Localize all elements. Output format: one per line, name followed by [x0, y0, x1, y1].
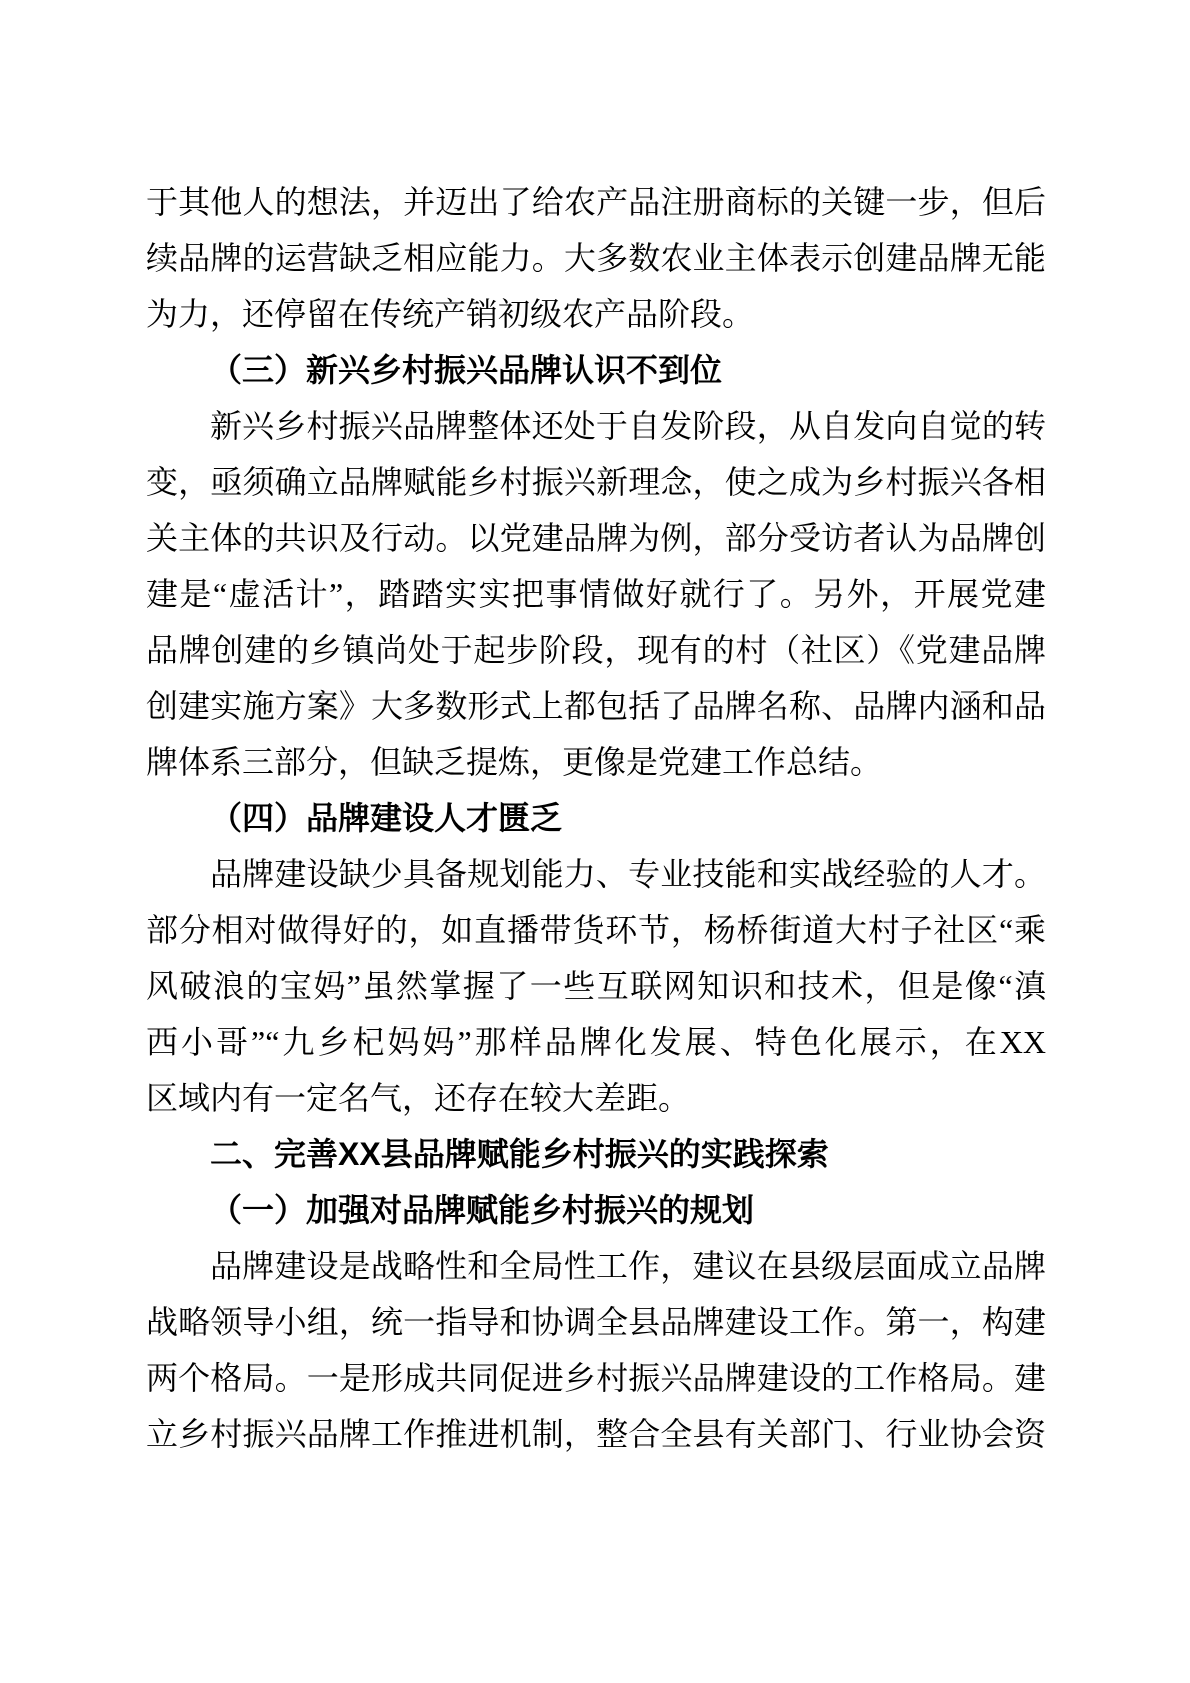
- text-line: 续品牌的运营缺乏相应能力。大多数农业主体表示创建品牌无能: [146, 230, 1046, 286]
- text-line: 品牌建设是战略性和全局性工作，建议在县级层面成立品牌: [146, 1238, 1046, 1294]
- text-line: 新兴乡村振兴品牌整体还处于自发阶段，从自发向自觉的转: [146, 398, 1046, 454]
- text-line: 牌体系三部分，但缺乏提炼，更像是党建工作总结。: [146, 734, 1046, 790]
- text-line: （一）加强对品牌赋能乡村振兴的规划: [146, 1182, 1046, 1238]
- text-line: 两个格局。一是形成共同促进乡村振兴品牌建设的工作格局。建: [146, 1350, 1046, 1406]
- text-line: （三）新兴乡村振兴品牌认识不到位: [146, 342, 1046, 398]
- document-page: 于其他人的想法，并迈出了给农产品注册商标的关键一步，但后续品牌的运营缺乏相应能力…: [0, 0, 1190, 1683]
- text-line: 于其他人的想法，并迈出了给农产品注册商标的关键一步，但后: [146, 174, 1046, 230]
- section-heading: 二、完善XX县品牌赋能乡村振兴的实践探索: [146, 1126, 1046, 1182]
- body-paragraph: 品牌建设缺少具备规划能力、专业技能和实战经验的人才。部分相对做得好的，如直播带货…: [146, 846, 1046, 1126]
- body-paragraph: 于其他人的想法，并迈出了给农产品注册商标的关键一步，但后续品牌的运营缺乏相应能力…: [146, 174, 1046, 342]
- text-line: 品牌创建的乡镇尚处于起步阶段，现有的村（社区）《党建品牌: [146, 622, 1046, 678]
- text-line: 创建实施方案》大多数形式上都包括了品牌名称、品牌内涵和品: [146, 678, 1046, 734]
- text-line: 风破浪的宝妈”虽然掌握了一些互联网知识和技术，但是像“滇: [146, 958, 1046, 1014]
- text-line: 区域内有一定名气，还存在较大差距。: [146, 1070, 1046, 1126]
- text-line: 二、完善XX县品牌赋能乡村振兴的实践探索: [146, 1126, 1046, 1182]
- text-line: 战略领导小组，统一指导和协调全县品牌建设工作。第一，构建: [146, 1294, 1046, 1350]
- document-content: 于其他人的想法，并迈出了给农产品注册商标的关键一步，但后续品牌的运营缺乏相应能力…: [146, 174, 1046, 1462]
- text-line: 关主体的共识及行动。以党建品牌为例，部分受访者认为品牌创: [146, 510, 1046, 566]
- text-line: 部分相对做得好的，如直播带货环节，杨桥街道大村子社区“乘: [146, 902, 1046, 958]
- text-line: 立乡村振兴品牌工作推进机制，整合全县有关部门、行业协会资: [146, 1406, 1046, 1462]
- text-line: 品牌建设缺少具备规划能力、专业技能和实战经验的人才。: [146, 846, 1046, 902]
- body-paragraph: 品牌建设是战略性和全局性工作，建议在县级层面成立品牌战略领导小组，统一指导和协调…: [146, 1238, 1046, 1462]
- text-line: 西小哥”“九乡杞妈妈”那样品牌化发展、特色化展示，在XX: [146, 1014, 1046, 1070]
- text-line: 为力，还停留在传统产销初级农产品阶段。: [146, 286, 1046, 342]
- sub-heading: （四）品牌建设人才匮乏: [146, 790, 1046, 846]
- text-line: （四）品牌建设人才匮乏: [146, 790, 1046, 846]
- sub-heading: （三）新兴乡村振兴品牌认识不到位: [146, 342, 1046, 398]
- text-line: 建是“虚活计”，踏踏实实把事情做好就行了。另外，开展党建: [146, 566, 1046, 622]
- sub-heading: （一）加强对品牌赋能乡村振兴的规划: [146, 1182, 1046, 1238]
- body-paragraph: 新兴乡村振兴品牌整体还处于自发阶段，从自发向自觉的转变，亟须确立品牌赋能乡村振兴…: [146, 398, 1046, 790]
- text-line: 变，亟须确立品牌赋能乡村振兴新理念，使之成为乡村振兴各相: [146, 454, 1046, 510]
